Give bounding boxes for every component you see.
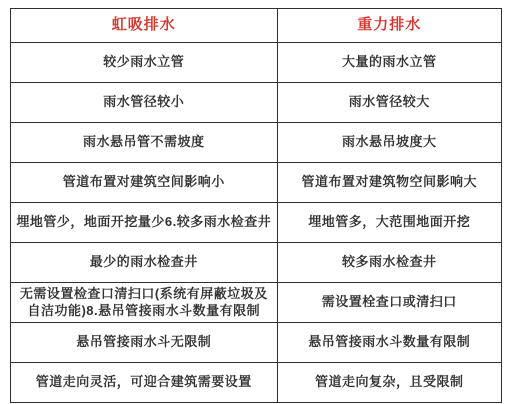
siphonic-cell-slope: 雨水悬吊管不需坡度 xyxy=(11,123,278,163)
siphonic-cell-hopper-limit: 悬吊管接雨水斗无限制 xyxy=(11,323,278,363)
table-row: 较少雨水立管 大量的雨水立管 xyxy=(11,43,502,83)
table-row: 无需设置检查口清扫口(系统有屏蔽垃圾及自洁功能)8.悬吊管接雨水斗数量有限制 需… xyxy=(11,283,502,323)
header-siphonic-drainage: 虹吸排水 xyxy=(11,9,278,43)
table-row: 埋地管少，地面开挖量少6.较多雨水检查井 埋地管多，大范围地面开挖 xyxy=(11,203,502,243)
screenshot-root: 虹吸排水 重力排水 较少雨水立管 大量的雨水立管 雨水管径较小 雨水管径较大 雨… xyxy=(0,0,510,404)
table-row: 雨水悬吊管不需坡度 雨水悬吊坡度大 xyxy=(11,123,502,163)
table-row: 雨水管径较小 雨水管径较大 xyxy=(11,83,502,123)
gravity-cell-space-impact: 管道布置对建筑物空间影响大 xyxy=(277,163,501,203)
table-row: 管道布置对建筑空间影响小 管道布置对建筑物空间影响大 xyxy=(11,163,502,203)
siphonic-cell-riser-pipes: 较少雨水立管 xyxy=(11,43,278,83)
gravity-cell-buried-pipes: 埋地管多，大范围地面开挖 xyxy=(277,203,501,243)
gravity-cell-inspection-wells: 较多雨水检查井 xyxy=(277,243,501,283)
drainage-comparison-table: 虹吸排水 重力排水 较少雨水立管 大量的雨水立管 雨水管径较小 雨水管径较大 雨… xyxy=(10,8,502,403)
gravity-cell-slope: 雨水悬吊坡度大 xyxy=(277,123,501,163)
siphonic-cell-cleanout-ports: 无需设置检查口清扫口(系统有屏蔽垃圾及自洁功能)8.悬吊管接雨水斗数量有限制 xyxy=(11,283,278,323)
header-gravity-drainage: 重力排水 xyxy=(277,9,501,43)
header-row: 虹吸排水 重力排水 xyxy=(11,9,502,43)
table-row: 最少的雨水检查井 较多雨水检查井 xyxy=(11,243,502,283)
siphonic-cell-inspection-wells: 最少的雨水检查井 xyxy=(11,243,278,283)
table-row: 悬吊管接雨水斗无限制 悬吊管接雨水斗数量有限制 xyxy=(11,323,502,363)
siphonic-cell-pipe-diameter: 雨水管径较小 xyxy=(11,83,278,123)
siphonic-cell-routing: 管道走向灵活，可迎合建筑需要设置 xyxy=(11,363,278,403)
gravity-cell-hopper-limit: 悬吊管接雨水斗数量有限制 xyxy=(277,323,501,363)
table-row: 管道走向灵活，可迎合建筑需要设置 管道走向复杂，且受限制 xyxy=(11,363,502,403)
gravity-cell-pipe-diameter: 雨水管径较大 xyxy=(277,83,501,123)
gravity-cell-riser-pipes: 大量的雨水立管 xyxy=(277,43,501,83)
gravity-cell-cleanout-ports: 需设置栓查口或清扫口 xyxy=(277,283,501,323)
siphonic-cell-space-impact: 管道布置对建筑空间影响小 xyxy=(11,163,278,203)
gravity-cell-routing: 管道走向复杂，且受限制 xyxy=(277,363,501,403)
siphonic-cell-buried-pipes: 埋地管少，地面开挖量少6.较多雨水检查井 xyxy=(11,203,278,243)
